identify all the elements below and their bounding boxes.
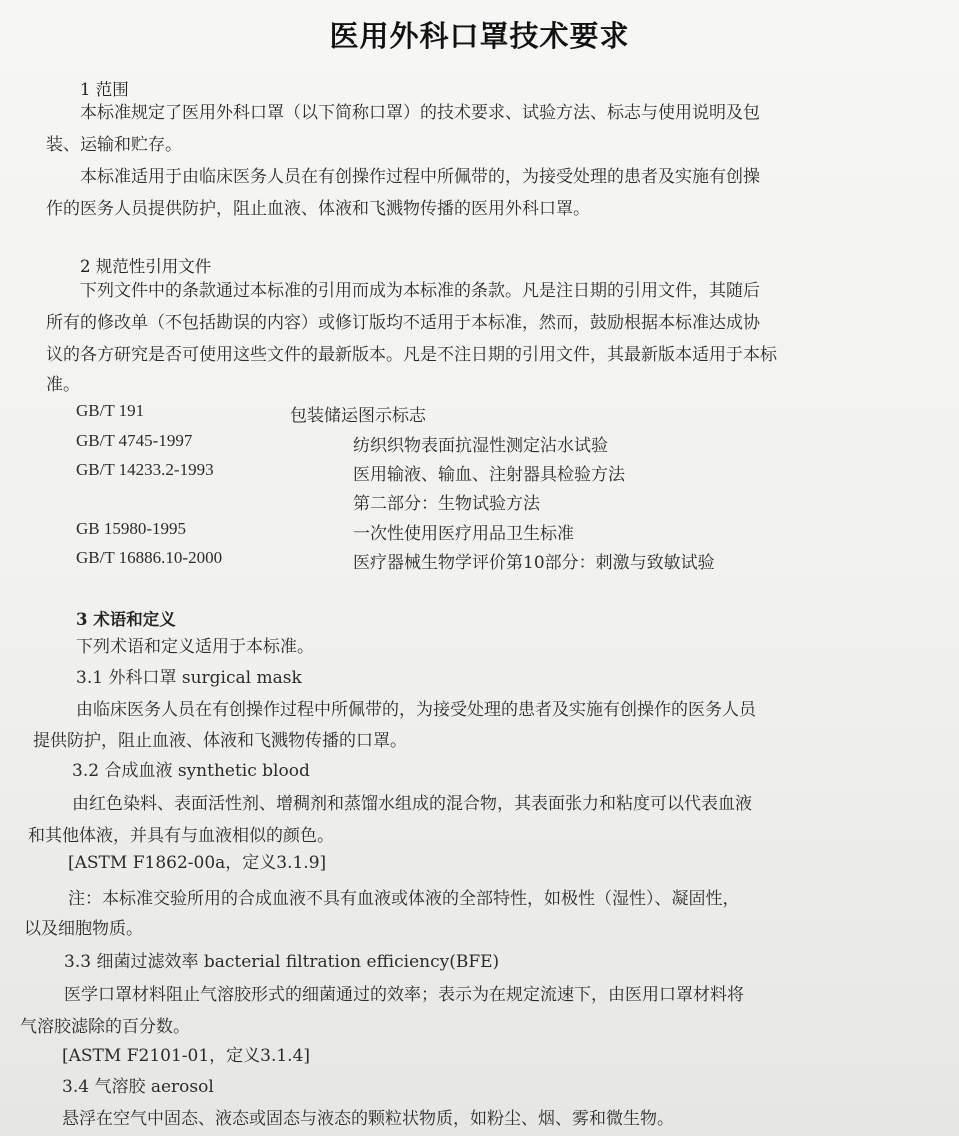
- reference-code: GB/T 191: [76, 401, 144, 421]
- reference-title: 一次性使用医疗用品卫生标准: [353, 519, 574, 544]
- section-heading-normative-references: 2 规范性引用文件: [80, 256, 211, 278]
- source-citation: [ASTM F1862-00a，定义3.1.9]: [68, 852, 326, 874]
- document-page: 医用外科口罩技术要求 1 范围 本标准规定了医用外科口罩（以下简称口罩）的技术要…: [0, 0, 959, 1136]
- reference-title: 医用输液、输血、注射器具检验方法: [353, 460, 625, 485]
- definition-line: 和其他体液，并具有与血液相似的颜色。: [28, 825, 334, 847]
- reference-code: GB/T 16886.10-2000: [76, 548, 222, 568]
- reference-title: 医疗器械生物学评价第10部分：刺激与致敏试验: [353, 548, 715, 573]
- term-heading: 3.4 气溶胶 aerosol: [62, 1076, 214, 1098]
- paragraph-line: 本标准规定了医用外科口罩（以下简称口罩）的技术要求、试验方法、标志与使用说明及包: [80, 102, 760, 124]
- paragraph-line: 下列术语和定义适用于本标准。: [76, 636, 314, 658]
- term-heading: 3.3 细菌过滤效率 bacterial filtration efficien…: [64, 951, 499, 973]
- definition-line: 由红色染料、表面活性剂、增稠剂和蒸馏水组成的混合物，其表面张力和粘度可以代表血液: [72, 793, 752, 815]
- paragraph-line: 本标准适用于由临床医务人员在有创操作过程中所佩带的，为接受处理的患者及实施有创操: [80, 166, 760, 188]
- note-line: 以及细胞物质。: [24, 918, 143, 940]
- reference-title: 第二部分：生物试验方法: [353, 489, 540, 514]
- definition-line: 提供防护，阻止血液、体液和飞溅物传播的口罩。: [33, 730, 407, 752]
- document-title: 医用外科口罩技术要求: [0, 14, 959, 55]
- section-heading-terms-definitions: 3 术语和定义: [76, 609, 176, 631]
- paragraph-line: 装、运输和贮存。: [46, 134, 182, 156]
- reference-code: GB/T 4745-1997: [76, 431, 192, 451]
- note-line: 注：本标准交验所用的合成血液不具有血液或体液的全部特性，如极性（湿性）、凝固性，: [68, 888, 740, 910]
- reference-title: 纺织织物表面抗湿性测定沾水试验: [353, 431, 608, 456]
- paragraph-line: 下列文件中的条款通过本标准的引用而成为本标准的条款。凡是注日期的引用文件，其随后: [80, 280, 760, 302]
- term-heading: 3.2 合成血液 synthetic blood: [72, 760, 310, 782]
- reference-title: 包装储运图示标志: [290, 401, 426, 426]
- definition-line: 由临床医务人员在有创操作过程中所佩带的，为接受处理的患者及实施有创操作的医务人员: [76, 699, 756, 721]
- term-heading: 3.1 外科口罩 surgical mask: [76, 667, 302, 689]
- definition-line: 医学口罩材料阻止气溶胶形式的细菌通过的效率；表示为在规定流速下，由医用口罩材料将: [64, 984, 744, 1006]
- reference-code: GB 15980-1995: [76, 519, 186, 539]
- section-heading-scope: 1 范围: [80, 79, 129, 101]
- definition-line: 气溶胶滤除的百分数。: [20, 1016, 190, 1038]
- paragraph-line: 所有的修改单（不包括勘误的内容）或修订版均不适用于本标准，然而，鼓励根据本标准达…: [46, 312, 760, 334]
- source-citation: [ASTM F2101-01，定义3.1.4]: [62, 1045, 310, 1067]
- paragraph-line: 作的医务人员提供防护，阻止血液、体液和飞溅物传播的医用外科口罩。: [46, 198, 590, 220]
- paragraph-line: 准。: [46, 374, 80, 396]
- definition-line: 悬浮在空气中固态、液态或固态与液态的颗粒状物质，如粉尘、烟、雾和微生物。: [62, 1108, 674, 1130]
- reference-code: GB/T 14233.2-1993: [76, 460, 214, 480]
- paragraph-line: 议的各方研究是否可使用这些文件的最新版本。凡是不注日期的引用文件，其最新版本适用…: [46, 344, 777, 366]
